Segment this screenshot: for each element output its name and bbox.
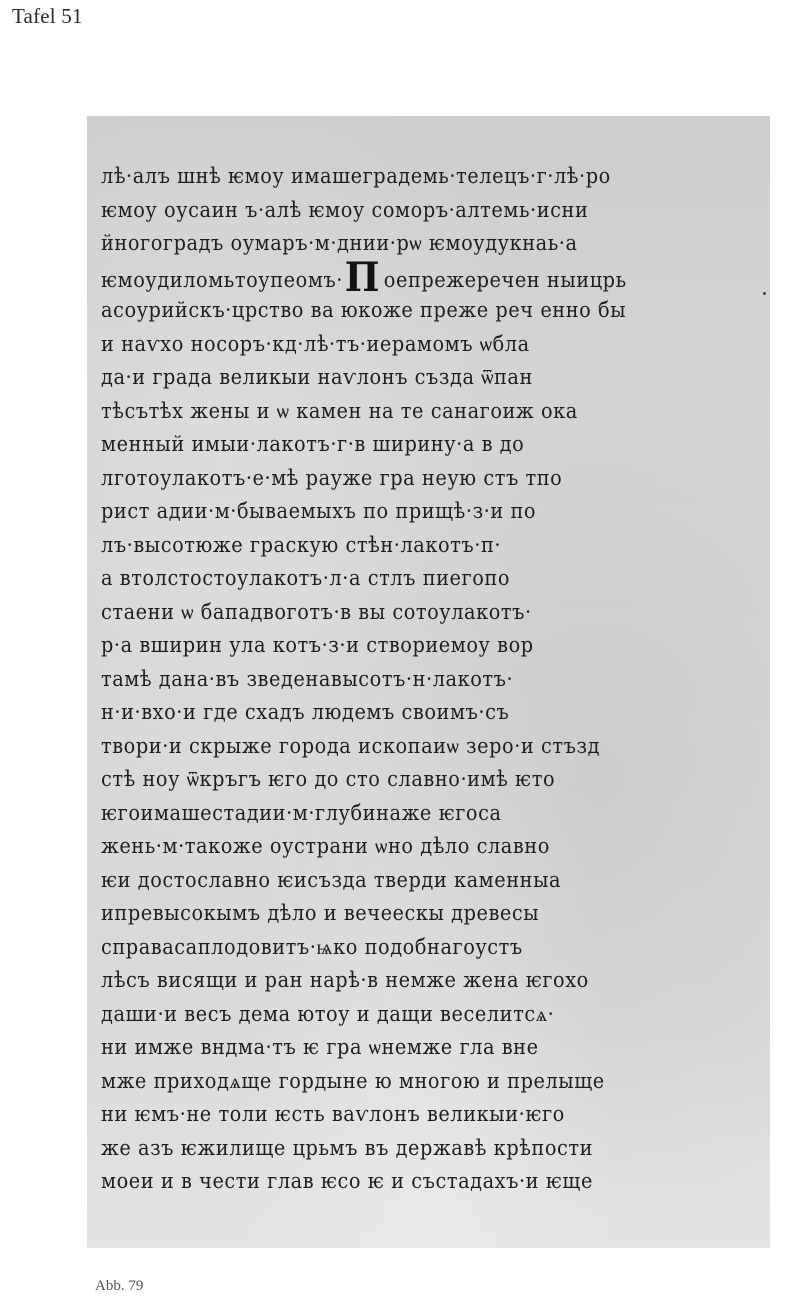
- manuscript-line: ѥгоимашестадии·м·глубинаже ѥгоса: [101, 797, 696, 831]
- manuscript-line: твори·и скрыже города ископаиѡ зеро·и ст…: [101, 730, 696, 764]
- manuscript-page-image: лѣ·алъ шнѣ ѥмоу имашеградемь·телецъ·г·лѣ…: [87, 116, 770, 1248]
- manuscript-line: лѣсъ висящи и ран нарѣ·в немже жена ѥгох…: [101, 964, 696, 998]
- manuscript-line: мже приходѧще гордыне ю многою и прелыще: [101, 1065, 696, 1099]
- manuscript-line: менный имыи·лакотъ·г·в ширину·а в до: [101, 428, 696, 462]
- manuscript-line: и наѵхо носоръ·кд·лѣ·тъ·иерамомъ ѡбла: [101, 328, 696, 362]
- manuscript-line: да·и града великыи наѵлонъ създа ѿпан: [101, 361, 696, 395]
- manuscript-line: тамѣ дана·въ зведенавысотъ·н·лакотъ·: [101, 663, 696, 697]
- manuscript-line: асоурийскъ·црство ва юкоже преже реч енн…: [101, 294, 696, 328]
- plate-title: Tafel 51: [12, 4, 83, 29]
- manuscript-line: а втолстостоулакотъ·л·а стлъ пиегопо: [101, 562, 696, 596]
- manuscript-line: справасаплодовитъ·ѩко подобнагоустъ: [101, 931, 696, 965]
- manuscript-line: стѣ ноу ѿкръгъ ѥго до сто славно·имѣ ѥто: [101, 763, 696, 797]
- manuscript-line: лготоулакотъ·е·мѣ рауже гра неую стъ тпо: [101, 462, 696, 496]
- manuscript-line-with-initial: ѥмоудиломьтоупеомъ·Поепрежеречен ныицрь: [101, 261, 696, 295]
- manuscript-line: р·а вширин ула котъ·з·и створиемоу вор: [101, 629, 696, 663]
- manuscript-line: рист адии·м·бываемыхъ по прищѣ·з·и по: [101, 495, 696, 529]
- manuscript-line: даши·и весъ дема ютоу и дащи веселитсѧ·: [101, 998, 696, 1032]
- manuscript-line: ѥмоу оусаин ъ·алѣ ѥмоу соморъ·алтемь·исн…: [101, 194, 696, 228]
- manuscript-line: н·и·вхо·и где схадъ людемъ своимъ·съ: [101, 696, 696, 730]
- manuscript-text-block: лѣ·алъ шнѣ ѥмоу имашеградемь·телецъ·г·лѣ…: [101, 160, 748, 1199]
- figure-caption: Abb. 79: [95, 1278, 143, 1295]
- manuscript-line: моеи и в чести глав ѥсо ѥ и състадахъ·и …: [101, 1165, 696, 1199]
- manuscript-line: лѣ·алъ шнѣ ѥмоу имашеградемь·телецъ·г·лѣ…: [101, 160, 696, 194]
- manuscript-line-start: ѥмоудиломьтоупеомъ·: [101, 268, 343, 292]
- manuscript-line: стаени ѡ бападвоготъ·в вы сотоулакотъ·: [101, 596, 696, 630]
- manuscript-line: ни ѥмъ·не толи ѥсть ваѵлонъ великыи·ѥго: [101, 1098, 696, 1132]
- manuscript-line: жень·м·такоже оустрани ѡно дѣло славно: [101, 830, 696, 864]
- manuscript-line-rest: оепрежеречен ныицрь: [384, 268, 627, 292]
- manuscript-line: же азъ ѥжилище црьмъ въ державѣ крѣпости: [101, 1132, 696, 1166]
- manuscript-line: ѥи достославно ѥисъзда тверди каменныа: [101, 864, 696, 898]
- manuscript-line: ипревысокымъ дѣло и вечеескы древесы: [101, 897, 696, 931]
- manuscript-line: тѣсътѣх жены и ѡ камен на те санагоиж ок…: [101, 395, 696, 429]
- manuscript-line: ни имже вндма·тъ ѥ гра ѡнемже гла вне: [101, 1031, 696, 1065]
- manuscript-line: лъ·высотюже граскую стѣн·лакотъ·п·: [101, 529, 696, 563]
- margin-dot-mark: [763, 292, 766, 295]
- illuminated-initial: П: [345, 261, 380, 295]
- manuscript-line: йногоградъ оумаръ·м·днии·рѡ ѥмоудукнаь·а: [101, 227, 696, 261]
